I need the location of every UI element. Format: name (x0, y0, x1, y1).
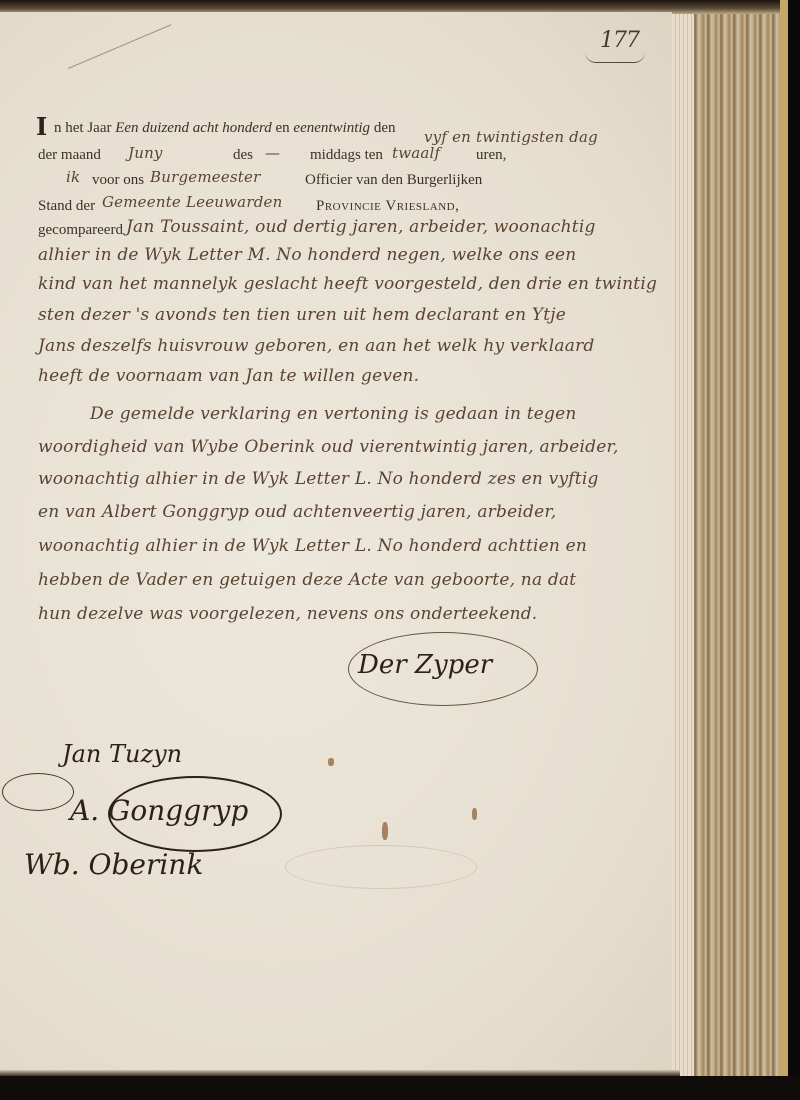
handwritten-para2-line-7: hun dezelve was voorgelezen, nevens ons … (38, 604, 537, 624)
background-bottom (0, 1076, 800, 1100)
ink-spot (328, 758, 334, 766)
printed-des: des (233, 147, 253, 164)
bleed-through-flourish (285, 845, 477, 889)
signature-official: Der Zyper (358, 650, 492, 680)
handwritten-line-5: Jans deszelfs huisvrouw geboren, en aan … (38, 336, 595, 356)
witness1-flourish-left (2, 773, 74, 811)
handwritten-para2-line-5: woonachtig alhier in de Wyk Letter L. No… (38, 536, 587, 556)
handwritten-para2-line-3: woonachtig alhier in de Wyk Letter L. No… (38, 469, 599, 489)
printed-provincie: Provincie Vriesland, (316, 198, 459, 215)
handwritten-line-4: sten dezer 's avonds ten tien uren uit h… (38, 305, 566, 325)
decorated-initial: I (36, 112, 47, 141)
page-number: 177 (600, 28, 639, 53)
background-right (788, 0, 800, 1100)
handwritten-hour: twaalf (392, 144, 440, 162)
signature-witness-2: Wb. Oberink (24, 848, 203, 881)
signature-father: Jan Tuzyn (62, 740, 182, 768)
printed-uren: uren, (476, 147, 506, 164)
printed-middags: middags ten (310, 147, 383, 164)
handwritten-para2-line-4: en van Albert Gonggryp oud achtenveertig… (38, 502, 556, 522)
handwritten-para2-line-6: hebben de Vader en getuigen deze Acte va… (38, 570, 576, 590)
printed-gecompareerd: gecompareerd (38, 222, 123, 239)
ink-spot (472, 808, 477, 820)
handwritten-para2-line-1: De gemelde verklaring en vertoning is ge… (90, 404, 577, 424)
printed-line-1: n het Jaar Een duizend acht honderd en e… (54, 120, 395, 137)
page-number-flourish (585, 52, 645, 63)
register-book: 177 I n het Jaar Een duizend acht honder… (0, 0, 800, 1100)
handwritten-ik: ik (66, 168, 80, 186)
handwritten-des-dash: — (265, 144, 280, 162)
handwritten-month: Juny (128, 144, 163, 162)
signature-witness-1: A. Gonggryp (70, 794, 248, 827)
ink-spot (382, 822, 388, 840)
handwritten-line-2: alhier in de Wyk Letter M. No honderd ne… (38, 245, 576, 265)
printed-officier: Officier van den Burgerlijken (305, 172, 482, 189)
printed-der-maand: der maand (38, 147, 101, 164)
handwritten-day: vyf en twintigsten dag (424, 128, 598, 146)
page-stack-inner (672, 14, 694, 1076)
printed-stand-der: Stand der (38, 198, 95, 215)
handwritten-line-6: heeft de voornaam van Jan te willen geve… (38, 366, 419, 386)
handwritten-burgemeester: Burgemeester (150, 168, 260, 186)
printed-voor-ons: voor ons (92, 172, 144, 189)
handwritten-line-1: Jan Toussaint, oud dertig jaren, arbeide… (126, 217, 596, 237)
handwritten-gemeente: Gemeente Leeuwarden (102, 193, 282, 211)
handwritten-para2-line-2: woordigheid van Wybe Oberink oud vierent… (38, 437, 619, 457)
handwritten-line-3: kind van het mannelyk geslacht heeft voo… (38, 274, 657, 294)
